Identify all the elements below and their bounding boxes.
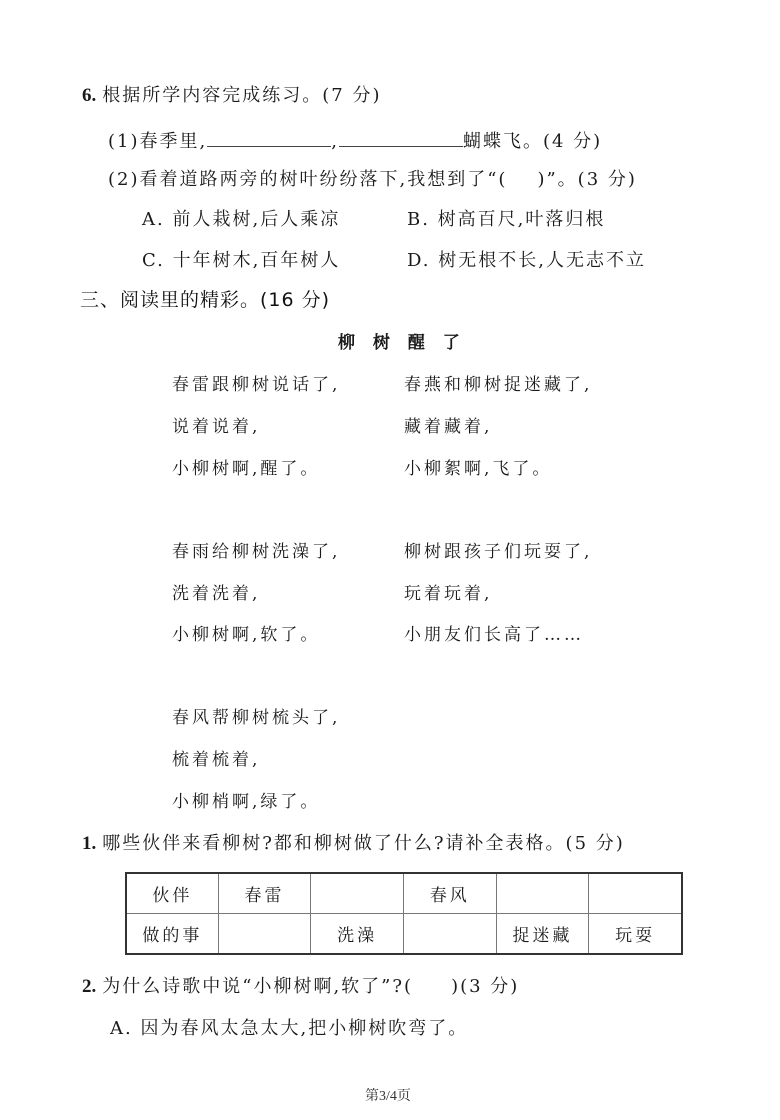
q2-option-a: A. 因为春风太急太大,把小柳树吹弯了。 <box>110 1017 468 1041</box>
poem-line: 春风帮柳树梳头了, <box>172 707 340 729</box>
question-1-prompt: 1.哪些伙伴来看柳树?都和柳树做了什么?请补全表格。(5 分) <box>82 832 625 856</box>
question-6-prompt: 6.根据所学内容完成练习。(7 分) <box>82 84 381 108</box>
partner-table: 伙伴 春雷 春风 做的事 洗澡 捉迷藏 玩耍 <box>125 872 683 955</box>
table-cell: 洗澡 <box>311 914 404 955</box>
poem-title: 柳 树 醒 了 <box>338 332 466 354</box>
question-2-prompt: 2.为什么诗歌中说“小柳树啊,软了”?()(3 分) <box>82 975 519 999</box>
question-score: )(3 分) <box>451 976 519 997</box>
table-cell: 春雷 <box>218 873 311 914</box>
table-header-cell: 做的事 <box>126 914 218 955</box>
poem-line: 小柳絮啊,飞了。 <box>404 458 552 480</box>
table-row-actions: 做的事 洗澡 捉迷藏 玩耍 <box>126 914 682 955</box>
question-text: 哪些伙伴来看柳树?都和柳树做了什么?请补全表格。(5 分) <box>102 833 625 854</box>
option-text: 树高百尺,叶落归根 <box>438 209 606 230</box>
poem-line: 藏着藏着, <box>404 416 492 438</box>
table-cell-blank[interactable] <box>496 873 589 914</box>
option-text: 十年树木,百年树人 <box>173 250 341 271</box>
question-number: 2. <box>82 976 96 997</box>
question-number: 6. <box>82 85 96 106</box>
part-2-prompt: (2)看着道路两旁的树叶纷纷落下,我想到了“( <box>108 169 507 190</box>
part-2-score: )”。(3 分) <box>537 169 636 190</box>
fill-blank-2[interactable] <box>339 128 463 147</box>
section-3-title: 三、阅读里的精彩。(16 分) <box>80 288 330 312</box>
option-text: 因为春风太急太大,把小柳树吹弯了。 <box>140 1018 468 1039</box>
part-1-suffix: 蝴蝶飞。(4 分) <box>463 131 602 152</box>
poem-line: 说着说着, <box>172 416 260 438</box>
poem-line: 小朋友们长高了…… <box>404 624 584 646</box>
part-1-comma: , <box>331 131 339 152</box>
poem-line: 梳着梳着, <box>172 749 260 771</box>
option-label: C. <box>142 250 165 271</box>
table-cell: 玩耍 <box>589 914 682 955</box>
table-cell: 捉迷藏 <box>496 914 589 955</box>
poem-line: 小柳树啊,醒了。 <box>172 458 320 480</box>
table-cell-blank[interactable] <box>589 873 682 914</box>
option-label: A. <box>142 209 165 230</box>
option-a: A. 前人栽树,后人乘凉 <box>142 208 340 232</box>
table-header-cell: 伙伴 <box>126 873 218 914</box>
option-b: B. 树高百尺,叶落归根 <box>407 208 605 232</box>
option-label: B. <box>407 209 430 230</box>
table-row-partners: 伙伴 春雷 春风 <box>126 873 682 914</box>
table-cell-blank[interactable] <box>403 914 496 955</box>
question-text: 为什么诗歌中说“小柳树啊,软了”?( <box>102 976 413 997</box>
page-number: 第3/4页 <box>365 1085 411 1105</box>
option-text: 前人栽树,后人乘凉 <box>172 209 340 230</box>
table-cell-blank[interactable] <box>311 873 404 914</box>
question-number: 1. <box>82 833 96 854</box>
option-label: D. <box>407 250 431 271</box>
poem-line: 小柳梢啊,绿了。 <box>172 791 320 813</box>
option-label: A. <box>110 1018 133 1039</box>
option-text: 树无根不长,人无志不立 <box>438 250 646 271</box>
table-cell: 春风 <box>403 873 496 914</box>
question-6-part-2: (2)看着道路两旁的树叶纷纷落下,我想到了“()”。(3 分) <box>108 168 637 192</box>
poem-line: 洗着洗着, <box>172 583 260 605</box>
poem-line: 玩着玩着, <box>404 583 492 605</box>
table-cell-blank[interactable] <box>218 914 311 955</box>
option-d: D. 树无根不长,人无志不立 <box>407 249 646 273</box>
part-1-prefix: (1)春季里, <box>108 131 207 152</box>
poem-line: 春燕和柳树捉迷藏了, <box>404 374 592 396</box>
question-6-part-1: (1)春季里,,蝴蝶飞。(4 分) <box>108 128 602 154</box>
poem-line: 春雨给柳树洗澡了, <box>172 541 340 563</box>
poem-line: 小柳树啊,软了。 <box>172 624 320 646</box>
option-c: C. 十年树木,百年树人 <box>142 249 340 273</box>
poem-line: 春雷跟柳树说话了, <box>172 374 340 396</box>
fill-blank-1[interactable] <box>207 128 331 147</box>
poem-line: 柳树跟孩子们玩耍了, <box>404 541 592 563</box>
question-text: 根据所学内容完成练习。(7 分) <box>102 85 381 106</box>
